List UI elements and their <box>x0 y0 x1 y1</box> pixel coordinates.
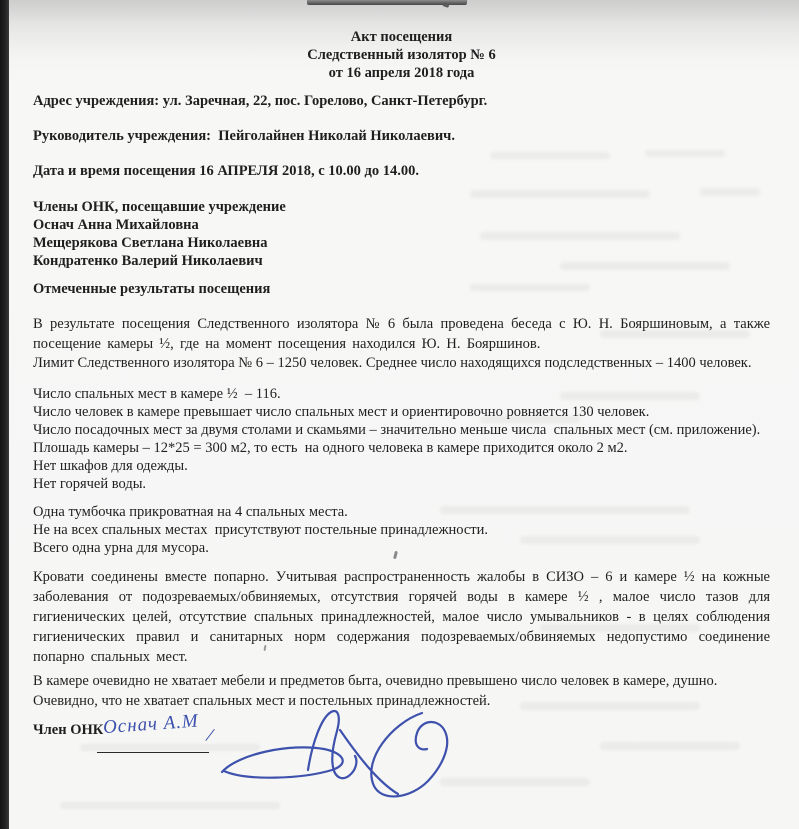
observation-line: Число человек в камере превышает число с… <box>33 403 770 421</box>
bleedthrough-mark <box>645 150 725 157</box>
title-line-2: Следственный изолятор № 6 <box>33 46 770 64</box>
conclusion-line: В камере очевидно не хватает мебели и пр… <box>33 671 770 691</box>
title-line-3: от 16 апреля 2018 года <box>33 64 770 82</box>
observation-line: Плошадь камеры – 12*25 = 300 м2, то есть… <box>33 439 770 457</box>
observation-line: Не на всех спальных местах присутствуют … <box>33 521 770 539</box>
handwritten-signature-flourish <box>190 698 480 816</box>
facility-address-line: Адрес учреждения: ул. Заречная, 22, пос.… <box>33 93 770 110</box>
observation-line: Нет шкафов для одежды. <box>33 457 770 475</box>
visit-datetime-line: Дата и время посещения 16 АПРЕЛЯ 2018, с… <box>33 163 770 180</box>
observation-line: Одна тумбочка прикроватная на 4 спальных… <box>33 503 770 521</box>
observation-line: Всего одна урна для мусора. <box>33 539 770 557</box>
onk-members-block: Члены ОНК, посещавшие учреждение Оснач А… <box>33 198 770 270</box>
scan-left-edge <box>0 0 9 829</box>
title-line-1: Акт посещения <box>33 28 770 46</box>
bleedthrough-mark <box>700 188 760 196</box>
scanned-document-page: Акт посещения Следственный изолятор № 6 … <box>0 0 799 829</box>
observations-list-1: Число спальных мест в камере ½ – 116. Чи… <box>33 385 770 493</box>
document-title: Акт посещения Следственный изолятор № 6 … <box>33 28 770 82</box>
bleedthrough-mark <box>470 190 650 198</box>
paragraph-visit-summary: В результате посещения Следственного изо… <box>33 314 770 354</box>
observation-line: Число посадочных мест за двумя столами и… <box>33 421 770 439</box>
paragraph-beds-hygiene: Кровати соединены вместе попарно. Учитыв… <box>33 567 770 667</box>
facility-head-line: Руководитель учреждения: Пейголайнен Ник… <box>33 128 770 145</box>
observations-list-2: Одна тумбочка прикроватная на 4 спальных… <box>33 503 770 557</box>
bleedthrough-mark <box>600 742 740 750</box>
scan-speck <box>443 2 450 8</box>
paragraph-capacity-limit: Лимит Следственного изолятора № 6 – 1250… <box>33 355 770 372</box>
results-header: Отмеченные результаты посещения <box>33 281 770 298</box>
members-header: Члены ОНК, посещавшие учреждение <box>33 198 770 216</box>
member-name: Кондратенко Валерий Николаевич <box>33 252 770 270</box>
bleedthrough-mark <box>490 152 610 159</box>
member-name: Оснач Анна Михайловна <box>33 216 770 234</box>
signature-flourish-strokes <box>222 711 447 796</box>
member-name: Мещерякова Светлана Николаевна <box>33 234 770 252</box>
observation-line: Число спальных мест в камере ½ – 116. <box>33 385 770 403</box>
observation-line: Нет горячей воды. <box>33 475 770 493</box>
